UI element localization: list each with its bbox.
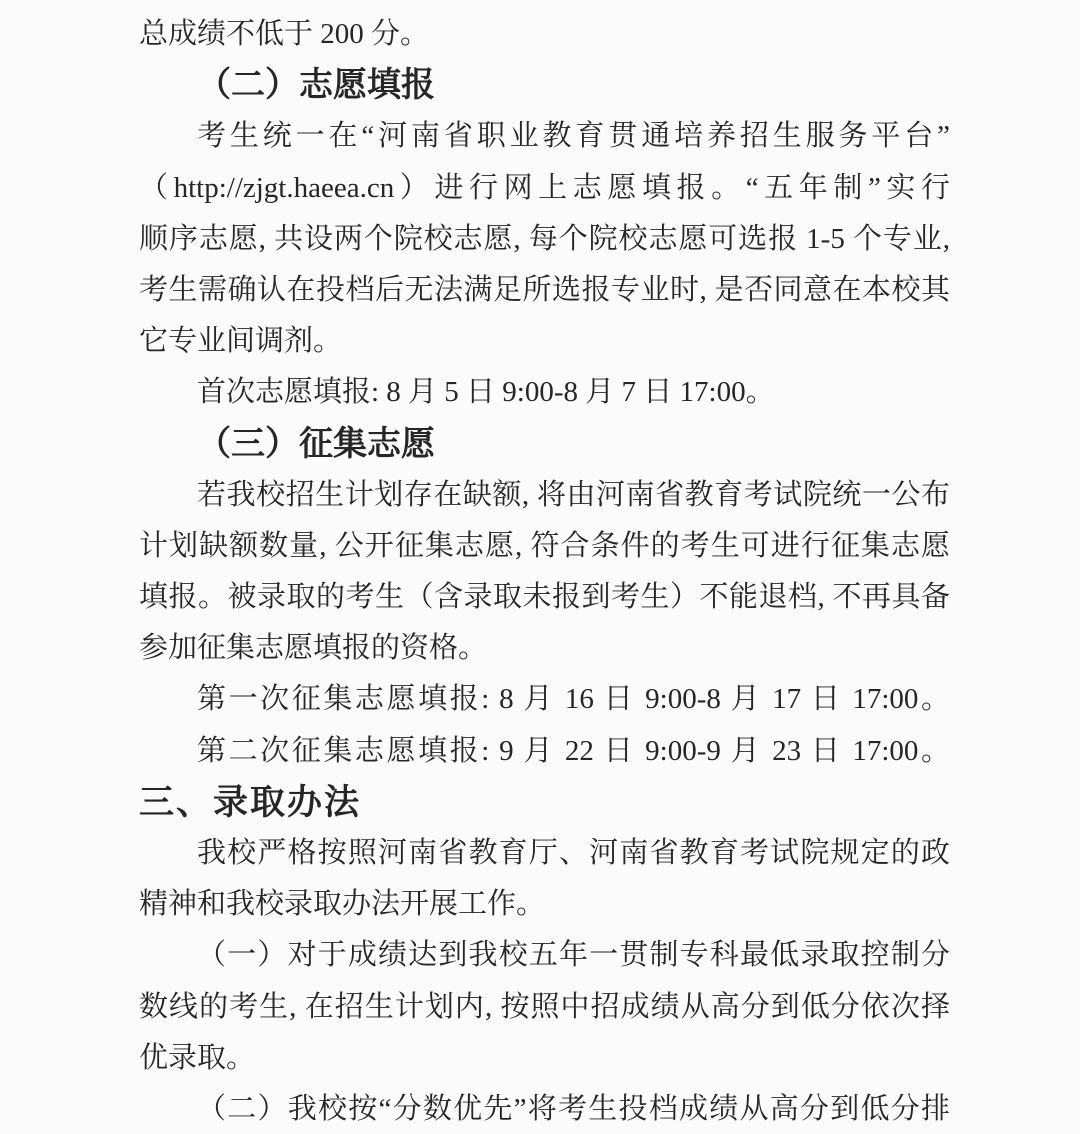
document-line: 我校严格按照河南省教育厅、河南省教育考试院规定的政策 [139, 828, 950, 879]
document-line: 顺序志愿, 共设两个院校志愿, 每个院校志愿可选报 1-5 个专业, [139, 214, 950, 265]
document-line: 优录取。 [139, 1033, 950, 1084]
document-line: 首次志愿填报: 8 月 5 日 9:00-8 月 7 日 17:00。 [139, 367, 950, 418]
document-line: 考生需确认在投档后无法满足所选报专业时, 是否同意在本校其 [139, 265, 950, 316]
document-line: （三）征集志愿 [139, 419, 950, 470]
document-line: （二）志愿填报 [139, 60, 950, 111]
document-line: 参加征集志愿填报的资格。 [139, 623, 950, 674]
document-line: （一）对于成绩达到我校五年一贯制专科最低录取控制分 [139, 930, 950, 981]
document-line: 数线的考生, 在招生计划内, 按照中招成绩从高分到低分依次择 [139, 982, 950, 1033]
document-line: 若我校招生计划存在缺额, 将由河南省教育考试院统一公布 [139, 470, 950, 521]
document-line: 第一次征集志愿填报: 8 月 16 日 9:00-8 月 17 日 17:00。 [139, 674, 950, 725]
document-line: 总成绩不低于 200 分。 [139, 9, 950, 60]
document-page: 总成绩不低于 200 分。（二）志愿填报考生统一在“河南省职业教育贯通培养招生服… [0, 0, 1080, 1134]
document-line: 计划缺额数量, 公开征集志愿, 符合条件的考生可进行征集志愿 [139, 521, 950, 572]
document-line: 精神和我校录取办法开展工作。 [139, 879, 950, 930]
document-line: 考生统一在“河南省职业教育贯通培养招生服务平台” [139, 111, 950, 162]
document-line: 填报。被录取的考生（含录取未报到考生）不能退档, 不再具备 [139, 572, 950, 623]
document-line: （二）我校按“分数优先”将考生投档成绩从高分到低分排 [139, 1084, 950, 1134]
document-line: 三、录取办法 [139, 777, 950, 828]
document-line: （http://zjgt.haeea.cn）进行网上志愿填报。“五年制”实行 [139, 163, 950, 214]
document-line: 它专业间调剂。 [139, 316, 950, 367]
document-line: 第二次征集志愿填报: 9 月 22 日 9:00-9 月 23 日 17:00。 [139, 726, 950, 777]
